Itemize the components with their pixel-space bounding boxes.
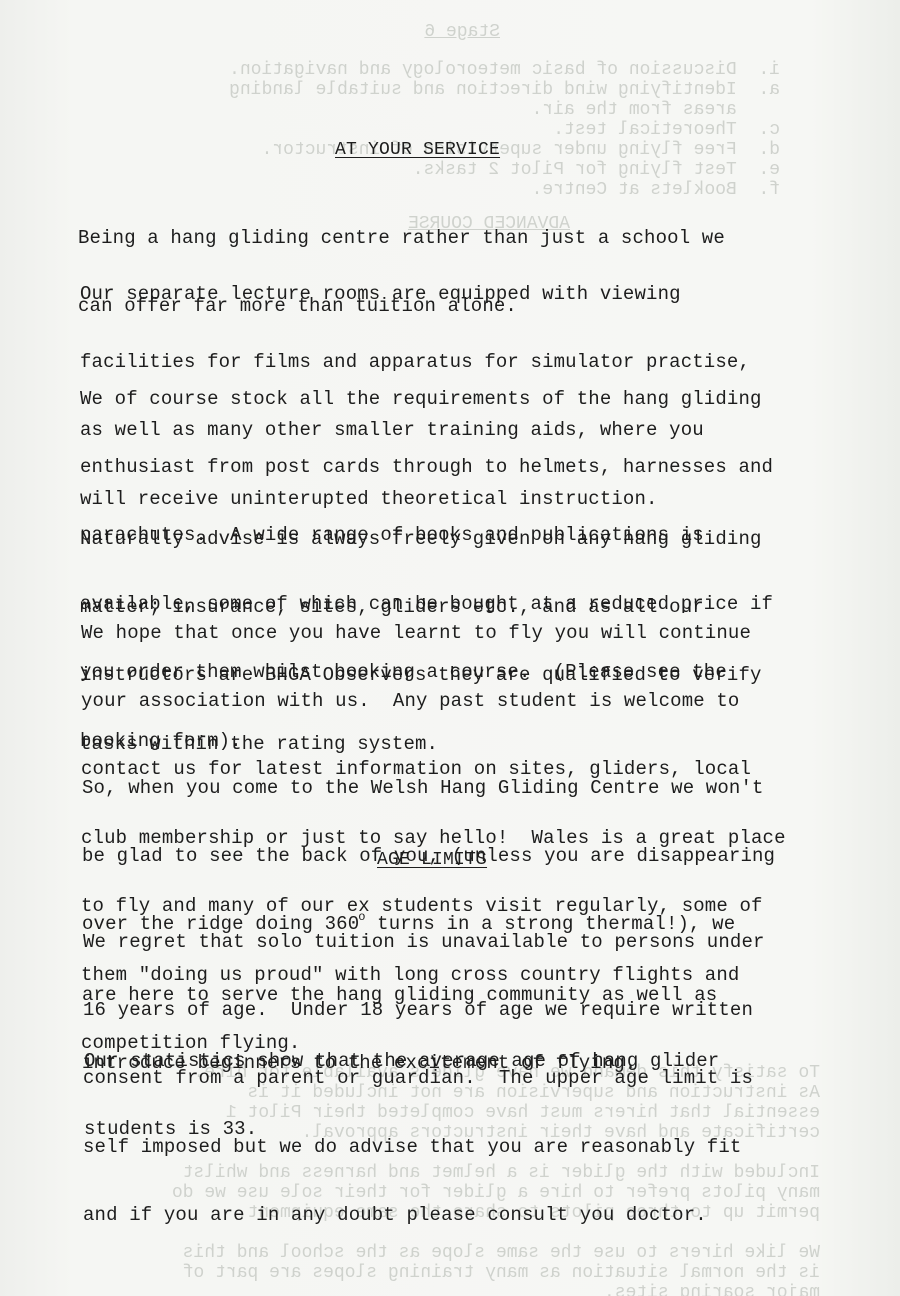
paragraph-statistics: Our statistics show that the average age…: [84, 1004, 719, 1186]
heading-at-your-service: AT YOUR SERVICE: [335, 140, 500, 160]
heading-age-limits: AGE LIMITS: [377, 850, 487, 870]
document-body: AT YOUR SERVICE Being a hang gliding cen…: [0, 0, 900, 1296]
